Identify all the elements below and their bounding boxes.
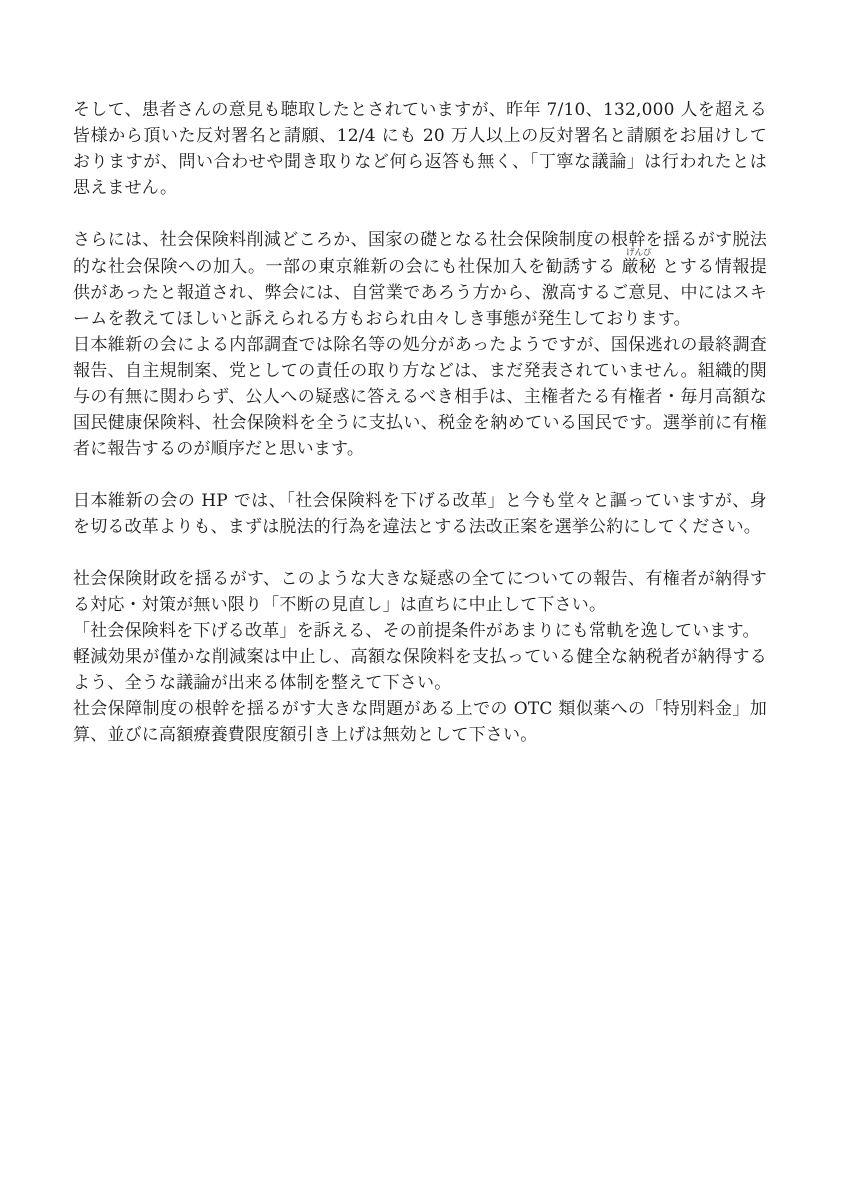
paragraph-insurance-recruitment: さらには、社会保険料削減どころか、国家の礎となる社会保険制度の根幹を揺るがす脱法… <box>73 227 767 332</box>
paragraph-group-petition-response: そして、患者さんの意見も聴取したとされていますが、昨年 7/10、132,000… <box>73 97 767 201</box>
paragraph-demand-stop-review: 社会保険財政を揺るがす、このような大きな疑惑の全てについての報告、有権者が納得す… <box>73 566 767 618</box>
document-page: そして、患者さんの意見も聴取したとされていますが、昨年 7/10、132,000… <box>0 0 848 1199</box>
paragraph-group-demands: 社会保険財政を揺るがす、このような大きな疑惑の全てについての報告、有権者が納得す… <box>73 566 767 748</box>
paragraph-hp-claim: 日本維新の会の HP では、「社会保険料を下げる改革」と今も堂々と謳っていますが… <box>73 488 767 540</box>
paragraph-demand-invalidate-otc-surcharge: 社会保障制度の根幹を揺るがす大きな問題がある上での OTC 類似薬への「特別料金… <box>73 696 767 748</box>
paragraph-demand-stop-reduction-plan: 軽減効果が僅かな削減案は中止し、高額な保険料を支払っている健全な納税者が納得する… <box>73 644 767 696</box>
paragraph-demand-precondition: 「社会保険料を下げる改革」を訴える、その前提条件があまりにも常軌を逸しています。 <box>73 618 767 644</box>
paragraph-internal-investigation: 日本維新の会による内部調査では除名等の処分があったようですが、国保逃れの最終調査… <box>73 332 767 462</box>
ruby-annotation-genpi: 厳秘げんぴ <box>621 257 656 277</box>
paragraph-group-insurance-issue: さらには、社会保険料削減どころか、国家の礎となる社会保険制度の根幹を揺るがす脱法… <box>73 227 767 462</box>
paragraph-group-hp-claim: 日本維新の会の HP では、「社会保険料を下げる改革」と今も堂々と謳っていますが… <box>73 488 767 540</box>
paragraph-petition-response: そして、患者さんの意見も聴取したとされていますが、昨年 7/10、132,000… <box>73 97 767 201</box>
ruby-base: 厳秘 <box>621 257 656 277</box>
ruby-furigana: げんぴ <box>621 248 656 258</box>
document-content: そして、患者さんの意見も聴取したとされていますが、昨年 7/10、132,000… <box>73 97 767 748</box>
